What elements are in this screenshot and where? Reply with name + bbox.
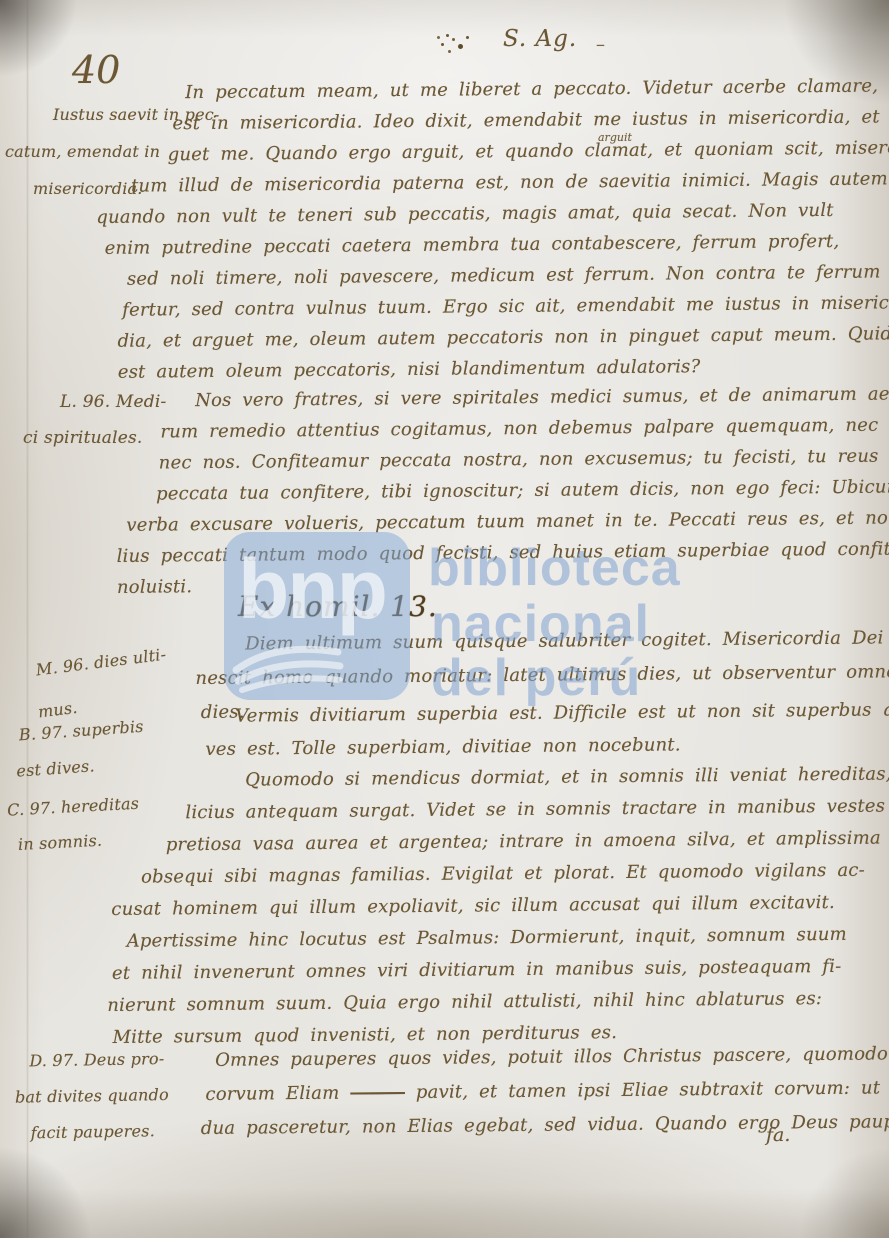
manuscript-line: facit pauperes. [12, 1112, 208, 1151]
paragraph-vermis-divitiarum: Vermis divitiarum superbia est. Difficil… [200, 693, 889, 766]
line-segment: corvum Eliam [205, 1083, 350, 1105]
paragraph-medici-spirituales: Nos vero fratres, si vere spiritales med… [110, 379, 889, 603]
interlinear-insertion: arguit [598, 131, 632, 144]
manuscript-line: nescit homo quando moriatur: latet ultim… [195, 655, 889, 696]
paragraph-in-peccatum: In peccatum meam, ut me liberet a peccat… [95, 70, 888, 388]
catchword: fa. [766, 1124, 790, 1146]
header-dash: – [596, 34, 605, 55]
manuscript-page: 40 S. Ag. – Iustus saevit in pec-catum, … [0, 0, 889, 1238]
margin-note-deus-probat: D. 97. Deus pro-bat divites quandofacit … [11, 1040, 208, 1151]
running-header: S. Ag. [503, 26, 577, 52]
manuscript-line: bat divites quando [12, 1076, 208, 1115]
manuscript-line: Vermis divitiarum superbia est. Difficil… [200, 693, 889, 733]
paragraph-quomodo-mendicus: Quomodo si mendicus dormiat, et in somni… [105, 758, 889, 1054]
section-heading: Ex homil. 13. [238, 590, 438, 623]
line-segment: pavit, et tamen ipsi Eliae subtraxit cor… [405, 1077, 889, 1103]
ink-spatter [446, 34, 449, 37]
struck-word: ——— [350, 1082, 405, 1104]
